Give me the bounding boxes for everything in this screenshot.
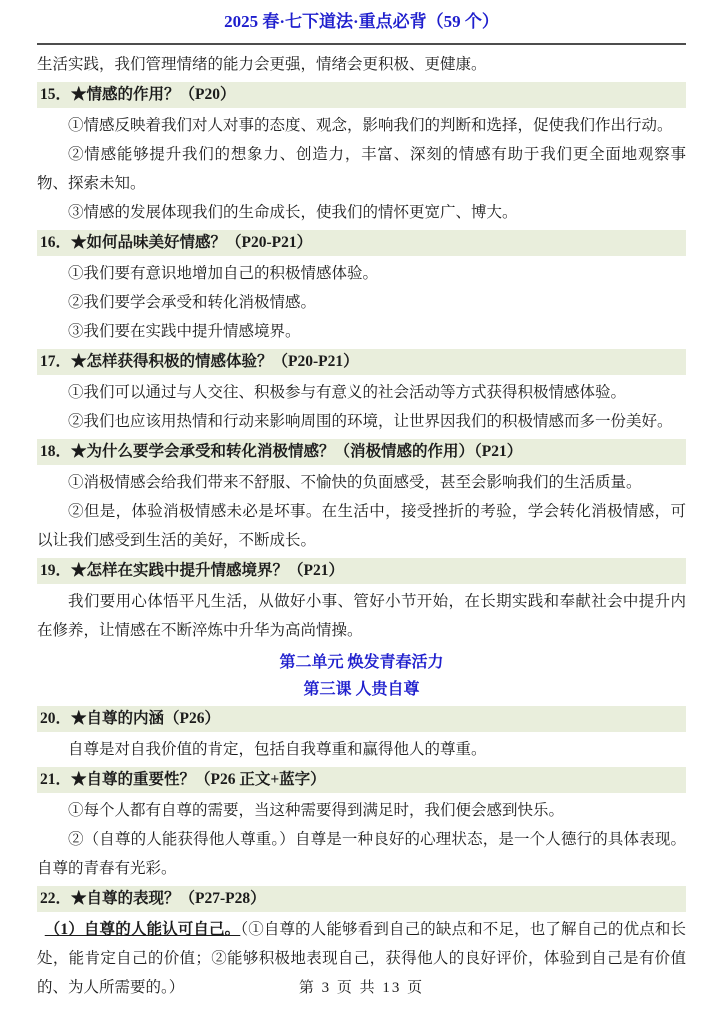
question-bar-22: 22．★自尊的表现？（P27-P28） [37, 886, 686, 912]
answer-paragraph: ②我们也应该用热情和行动来影响周围的环境，让世界因我们的积极情感而多一份美好。 [37, 407, 686, 436]
answer-paragraph: ②（自尊的人能获得他人尊重。）自尊是一种良好的心理状态，是一个人德行的具体表现。… [37, 825, 686, 883]
answer-paragraph: ①每个人都有自尊的需要，当这种需要得到满足时，我们便会感到快乐。 [37, 796, 686, 825]
question-bar-20: 20．★自尊的内涵（P26） [37, 706, 686, 732]
answer-paragraph: ②但是，体验消极情感未必是坏事。在生活中，接受挫折的考验，学会转化消极情感，可以… [37, 497, 686, 555]
answer-paragraph: ②我们要学会承受和转化消极情感。 [37, 288, 686, 317]
question-bar-18: 18．★为什么要学会承受和转化消极情感？（消极情感的作用）（P21） [37, 439, 686, 465]
underlined-key-point: （1）自尊的人能认可自己。 [45, 921, 241, 938]
answer-paragraph: ①我们可以通过与人交往、积极参与有意义的社会活动等方式获得积极情感体验。 [37, 378, 686, 407]
answer-paragraph: ①我们要有意识地增加自己的积极情感体验。 [37, 259, 686, 288]
answer-paragraph: ③我们要在实践中提升情感境界。 [37, 317, 686, 346]
question-bar-16: 16．★如何品味美好情感？（P20-P21） [37, 230, 686, 256]
question-bar-19: 19．★怎样在实践中提升情感境界？（P21） [37, 558, 686, 584]
lesson-heading: 第三课 人贵自尊 [37, 676, 686, 703]
unit-heading: 第二单元 焕发青春活力 [37, 649, 686, 676]
answer-paragraph: 我们要用心体悟平凡生活，从做好小事、管好小节开始，在长期实践和奉献社会中提升内在… [37, 587, 686, 645]
question-bar-21: 21．★自尊的重要性？（P26 正文+蓝字） [37, 767, 686, 793]
answer-paragraph: ③情感的发展体现我们的生命成长，使我们的情怀更宽广、博大。 [37, 198, 686, 227]
question-bar-15: 15．★情感的作用？（P20） [37, 82, 686, 108]
answer-paragraph: ①情感反映着我们对人对事的态度、观念，影响我们的判断和选择，促使我们作出行动。 [37, 111, 686, 140]
document-title: 2025 春·七下道法·重点必背（59 个） [37, 10, 686, 34]
continuation-paragraph: 生活实践，我们管理情绪的能力会更强，情绪会更积极、更健康。 [37, 50, 686, 79]
document-page: 2025 春·七下道法·重点必背（59 个） 生活实践，我们管理情绪的能力会更强… [0, 0, 723, 1024]
title-divider [37, 43, 686, 45]
question-bar-17: 17．★怎样获得积极的情感体验？（P20-P21） [37, 349, 686, 375]
answer-paragraph: ①消极情感会给我们带来不舒服、不愉快的负面感受，甚至会影响我们的生活质量。 [37, 468, 686, 497]
page-number-footer: 第 3 页 共 13 页 [0, 976, 723, 997]
answer-paragraph: 自尊是对自我价值的肯定，包括自我尊重和赢得他人的尊重。 [37, 735, 686, 764]
answer-paragraph: ②情感能够提升我们的想象力、创造力，丰富、深刻的情感有助于我们更全面地观察事物、… [37, 140, 686, 198]
